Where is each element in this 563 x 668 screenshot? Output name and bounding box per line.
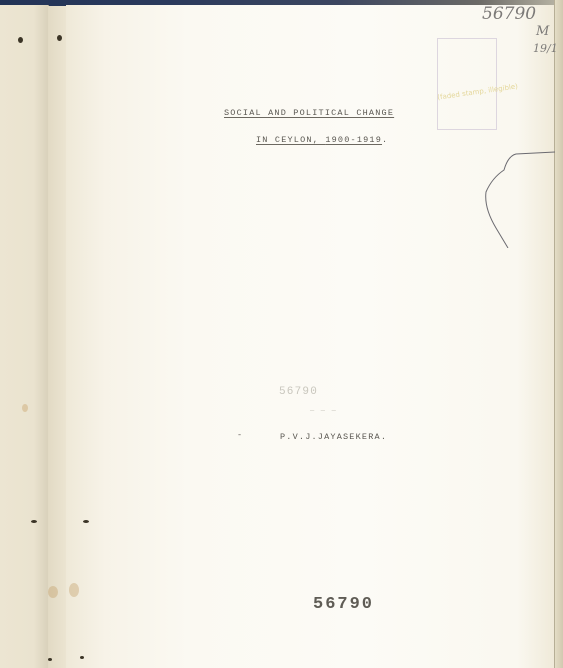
binding-hole — [18, 37, 23, 43]
title-line-2: IN CEYLON, 1900-1919. — [256, 135, 388, 145]
faint-stamp-number: 56790 — [279, 386, 318, 398]
back-cover-leaf — [0, 5, 49, 668]
title-period: . — [382, 135, 388, 145]
binding-hole — [31, 520, 37, 523]
page-right-edge — [554, 0, 563, 668]
author-dash: - — [237, 430, 243, 440]
binding-hole — [48, 658, 52, 661]
handwritten-date: 19/1 — [533, 42, 558, 55]
binding-hole — [83, 520, 89, 523]
inner-leaf — [48, 6, 67, 668]
binding-hole — [80, 656, 84, 659]
handwritten-accession-number: 56790 — [482, 4, 536, 24]
pencil-mark-icon — [478, 148, 558, 248]
scanned-document: (faded stamp, illegible) 56790 M 19/1 SO… — [0, 0, 563, 668]
stain — [69, 583, 79, 597]
title-line-2-prefix: IN CEYLON, — [256, 135, 325, 145]
binding-hole — [57, 35, 62, 41]
handwritten-initials: M — [536, 24, 549, 39]
author-name: P.V.J.JAYASEKERA. — [280, 432, 387, 442]
title-line-1: SOCIAL AND POLITICAL CHANGE — [224, 108, 394, 118]
accession-number: 56790 — [313, 595, 374, 614]
faint-stamp-date: — — — — [310, 407, 337, 415]
title-years: 1900-1919 — [325, 135, 382, 145]
stain — [22, 404, 28, 412]
stain — [48, 586, 58, 598]
library-stamp-box — [437, 38, 497, 130]
